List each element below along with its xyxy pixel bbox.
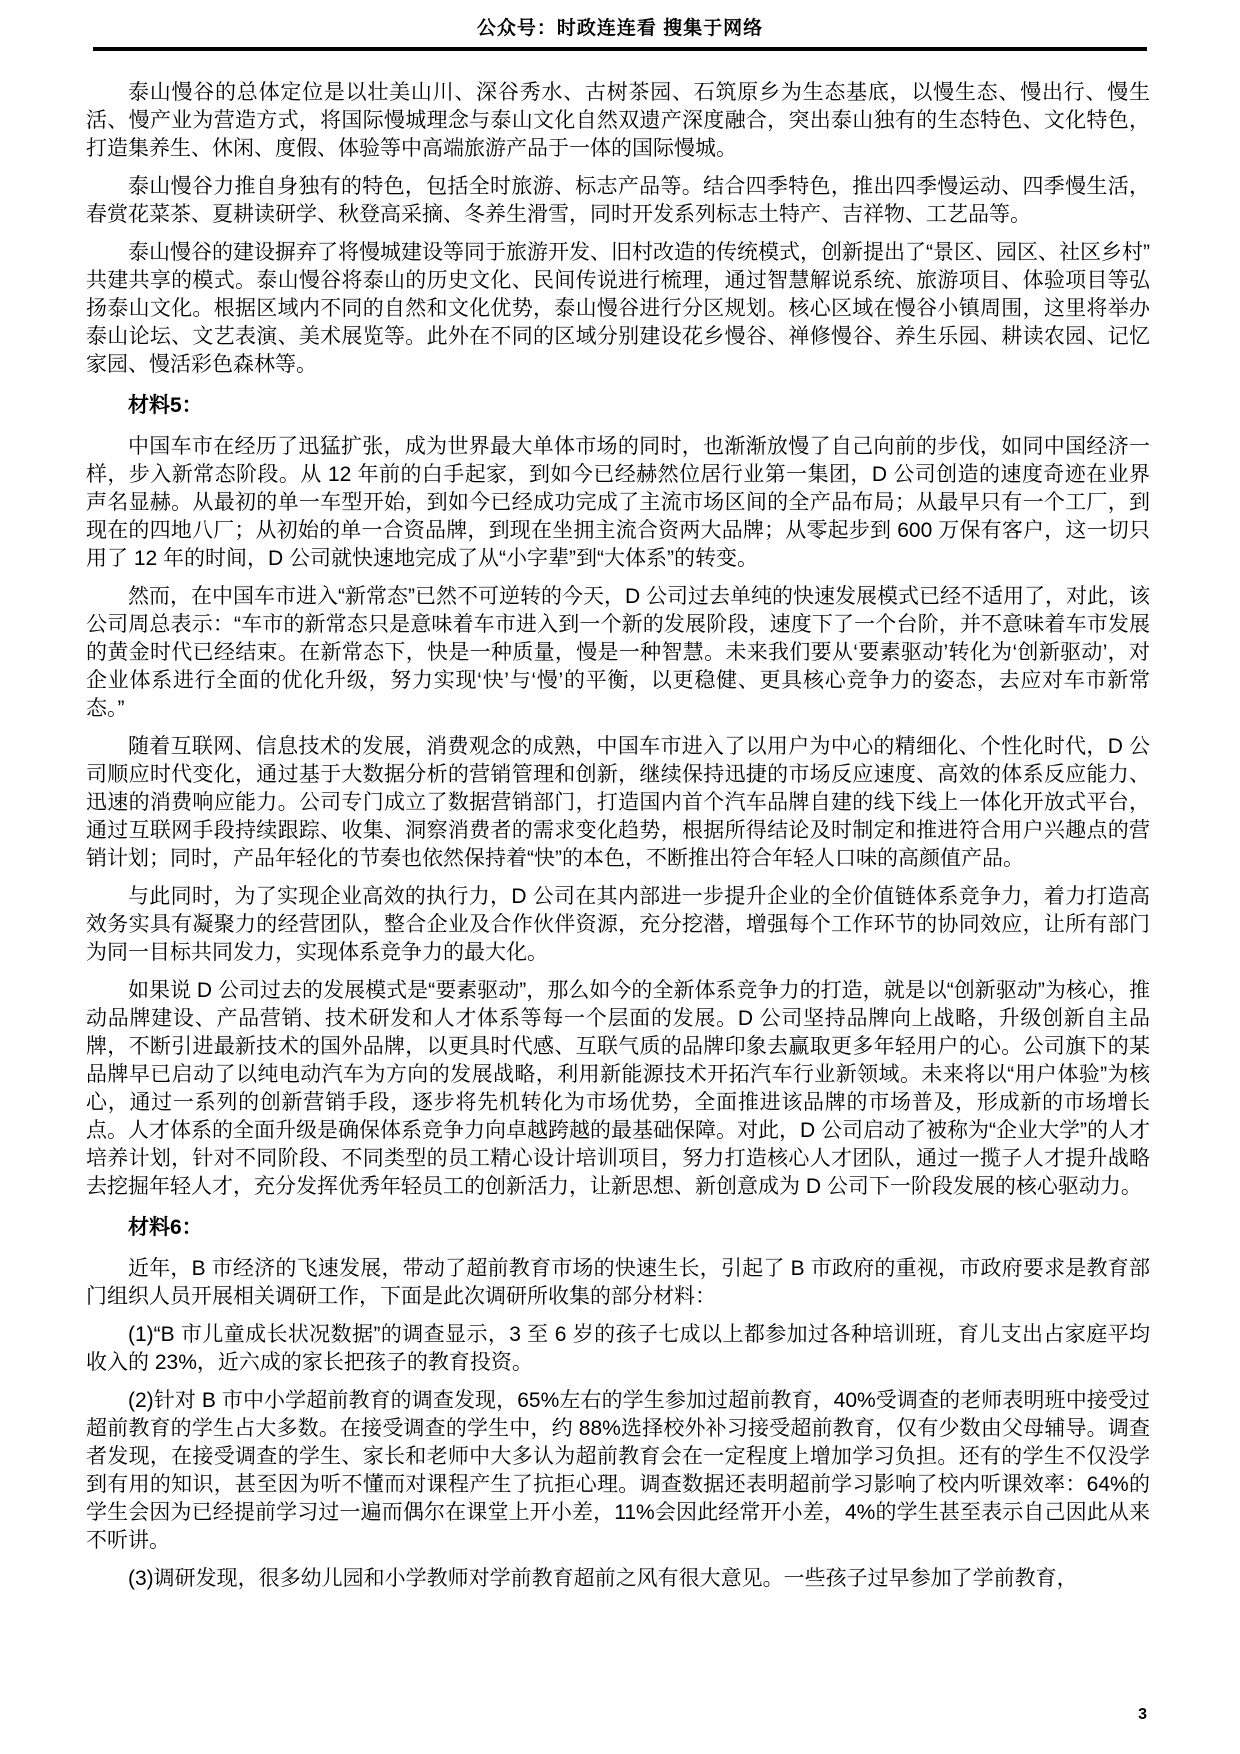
- material-5-heading: 材料5：: [86, 392, 1150, 420]
- paragraph: (2)针对 B 市中小学超前教育的调查发现，65%左右的学生参加过超前教育，40…: [86, 1387, 1150, 1555]
- paragraph: (1)“B 市儿童成长状况数据”的调查显示，3 至 6 岁的孩子七成以上都参加过…: [86, 1321, 1150, 1377]
- page-header: 公众号：时政连连看 搜集于网络: [0, 0, 1240, 51]
- paragraph: 中国车市在经历了迅猛扩张，成为世界最大单体市场的同时，也渐渐放慢了自己向前的步伐…: [86, 433, 1150, 573]
- paragraph: 与此同时，为了实现企业高效的执行力，D 公司在其内部进一步提升企业的全价值链体系…: [86, 883, 1150, 967]
- header-title: 公众号：时政连连看 搜集于网络: [0, 16, 1240, 42]
- paragraph: 泰山慢谷的总体定位是以壮美山川、深谷秀水、古树茶园、石筑原乡为生态基底，以慢生态…: [86, 79, 1150, 163]
- document-body: 泰山慢谷的总体定位是以壮美山川、深谷秀水、古树茶园、石筑原乡为生态基底，以慢生态…: [0, 51, 1240, 1593]
- paragraph: (3)调研发现，很多幼儿园和小学教师对学前教育超前之风有很大意见。一些孩子过早参…: [86, 1565, 1150, 1593]
- paragraph: 泰山慢谷的建设摒弃了将慢城建设等同于旅游开发、旧村改造的传统模式，创新提出了“景…: [86, 239, 1150, 379]
- page-number: 3: [1138, 1706, 1147, 1724]
- paragraph: 如果说 D 公司过去的发展模式是“要素驱动”，那么如今的全新体系竞争力的打造，就…: [86, 977, 1150, 1201]
- paragraph: 泰山慢谷力推自身独有的特色，包括全时旅游、标志产品等。结合四季特色，推出四季慢运…: [86, 173, 1150, 229]
- paragraph: 然而，在中国车市进入“新常态”已然不可逆转的今天，D 公司过去单纯的快速发展模式…: [86, 583, 1150, 723]
- paragraph: 近年，B 市经济的飞速发展，带动了超前教育市场的快速生长，引起了 B 市政府的重…: [86, 1255, 1150, 1311]
- material-6-heading: 材料6：: [86, 1214, 1150, 1242]
- document-page: 公众号：时政连连看 搜集于网络 泰山慢谷的总体定位是以壮美山川、深谷秀水、古树茶…: [0, 0, 1240, 1754]
- paragraph: 随着互联网、信息技术的发展，消费观念的成熟，中国车市进入了以用户为中心的精细化、…: [86, 733, 1150, 873]
